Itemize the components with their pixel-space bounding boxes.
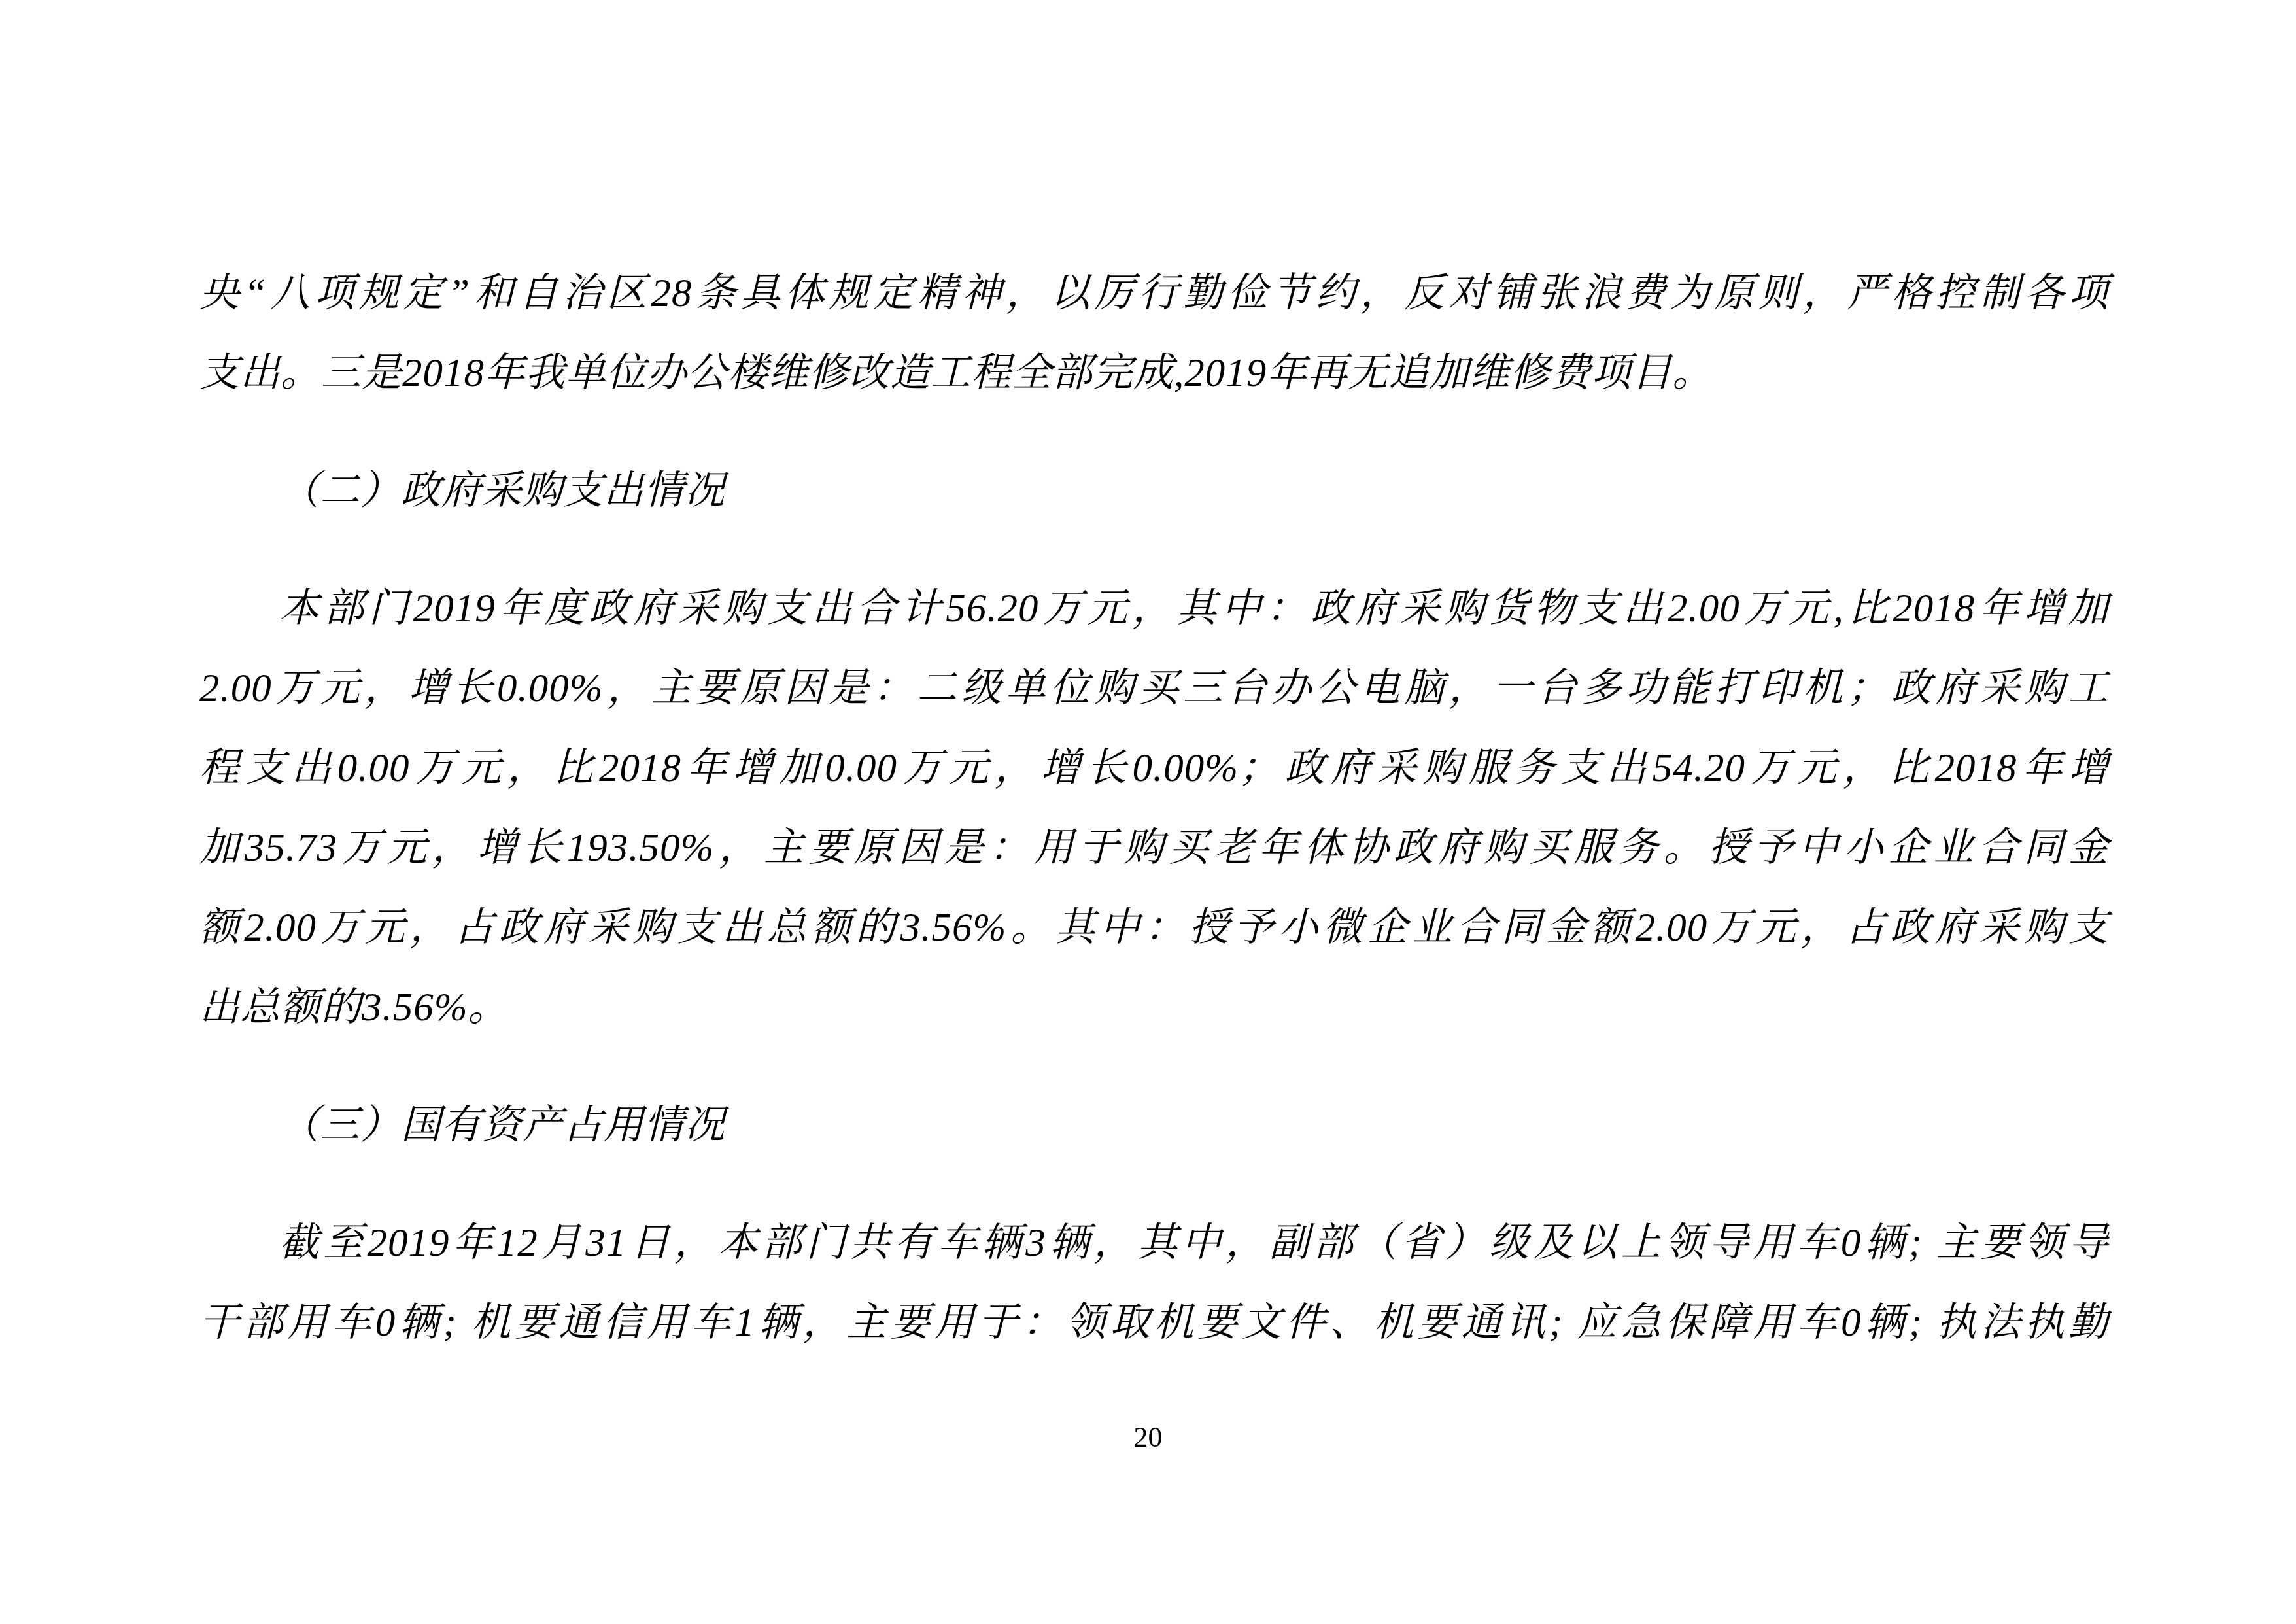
section-heading-text: （三）国有资产占用情况 — [199, 1086, 2109, 1166]
paragraph-continued: 央“八项规定”和自治区28条具体规定精神，以厉行勤俭节约，反对铺张浪费为原则，严… — [199, 254, 2109, 413]
document-body: 央“八项规定”和自治区28条具体规定精神，以厉行勤俭节约，反对铺张浪费为原则，严… — [199, 254, 2109, 1363]
section-heading-3: （三）国有资产占用情况 — [199, 1086, 2109, 1166]
paragraph-line: 截至2019年12月31日，本部门共有车辆3辆，其中，副部（省）级及以上领导用车… — [199, 1203, 2109, 1283]
section-heading-text: （二）政府采购支出情况 — [199, 451, 2109, 531]
paragraph-line: 额2.00万元，占政府采购支出总额的3.56%。其中：授予小微企业合同金额2.0… — [199, 888, 2109, 968]
page-number: 20 — [0, 1421, 2296, 1455]
section-heading-2: （二）政府采购支出情况 — [199, 451, 2109, 531]
paragraph-line: 干部用车0辆; 机要通信用车1辆，主要用于：领取机要文件、机要通讯; 应急保障用… — [199, 1283, 2109, 1363]
paragraph-procurement: 本部门2019年度政府采购支出合计56.20万元，其中：政府采购货物支出2.00… — [199, 569, 2109, 1048]
paragraph-line: 支出。三是2018年我单位办公楼维修改造工程全部完成,2019年再无追加维修费项… — [199, 334, 2109, 413]
paragraph-line: 程支出0.00万元，比2018年增加0.00万元，增长0.00%；政府采购服务支… — [199, 729, 2109, 808]
paragraph-line: 加35.73万元，增长193.50%，主要原因是：用于购买老年体协政府购买服务。… — [199, 808, 2109, 888]
document-page: 央“八项规定”和自治区28条具体规定精神，以厉行勤俭节约，反对铺张浪费为原则，严… — [0, 0, 2296, 1624]
paragraph-line: 央“八项规定”和自治区28条具体规定精神，以厉行勤俭节约，反对铺张浪费为原则，严… — [199, 254, 2109, 334]
paragraph-line: 2.00万元，增长0.00%，主要原因是：二级单位购买三台办公电脑，一台多功能打… — [199, 649, 2109, 729]
paragraph-line: 本部门2019年度政府采购支出合计56.20万元，其中：政府采购货物支出2.00… — [199, 569, 2109, 649]
paragraph-line: 出总额的3.56%。 — [199, 968, 2109, 1048]
paragraph-state-assets: 截至2019年12月31日，本部门共有车辆3辆，其中，副部（省）级及以上领导用车… — [199, 1203, 2109, 1363]
